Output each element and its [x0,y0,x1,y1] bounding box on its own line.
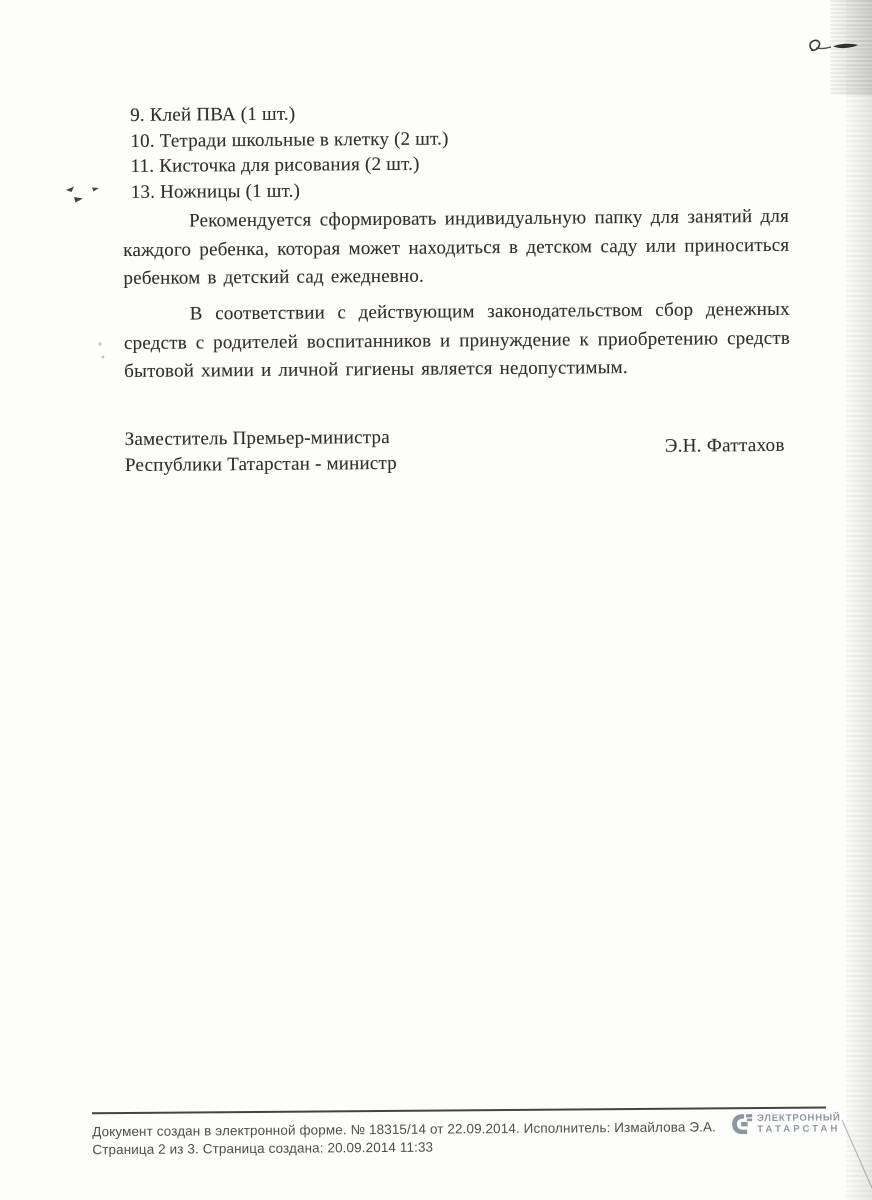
list-item-11: 11. Кисточка для рисования (2 шт.) [130,151,448,179]
signature-name: Э.Н. Фаттахов [665,435,785,458]
electronic-tatarstan-logo-text: ЭЛЕКТРОННЫЙ ТАТАРСТАН [757,1112,841,1135]
supplies-list: 9. Клей ПВА (1 шт.) 10. Тетради школьные… [130,100,449,204]
paragraph-recommendation: Рекомендуется сформировать индивидуальну… [123,203,790,294]
document-content: 9. Клей ПВА (1 шт.) 10. Тетради школьные… [0,0,872,1200]
logo-text-line1: ЭЛЕКТРОННЫЙ [757,1112,841,1124]
electronic-tatarstan-logo: ЭЛЕКТРОННЫЙ ТАТАРСТАН [730,1111,841,1136]
list-item-13: 13. Ножницы (1 шт.) [131,177,449,205]
footer-divider [92,1107,826,1114]
footer-metadata: Документ создан в электронной форме. № 1… [92,1118,716,1159]
electronic-tatarstan-logo-icon [730,1112,754,1136]
footer-line2: Страница 2 из 3. Страница создана: 20.09… [92,1136,716,1159]
logo-text-line2: ТАТАРСТАН [757,1123,841,1135]
signature-block: Заместитель Премьер-министра Республики … [125,422,791,478]
list-item-9: 9. Клей ПВА (1 шт.) [130,100,448,128]
list-item-10: 10. Тетради школьные в клетку (2 шт.) [130,126,448,154]
scanned-document-page: 9. Клей ПВА (1 шт.) 10. Тетради школьные… [0,0,872,1200]
paragraph-legal-notice: В соответствии с действующим законодател… [124,296,791,387]
